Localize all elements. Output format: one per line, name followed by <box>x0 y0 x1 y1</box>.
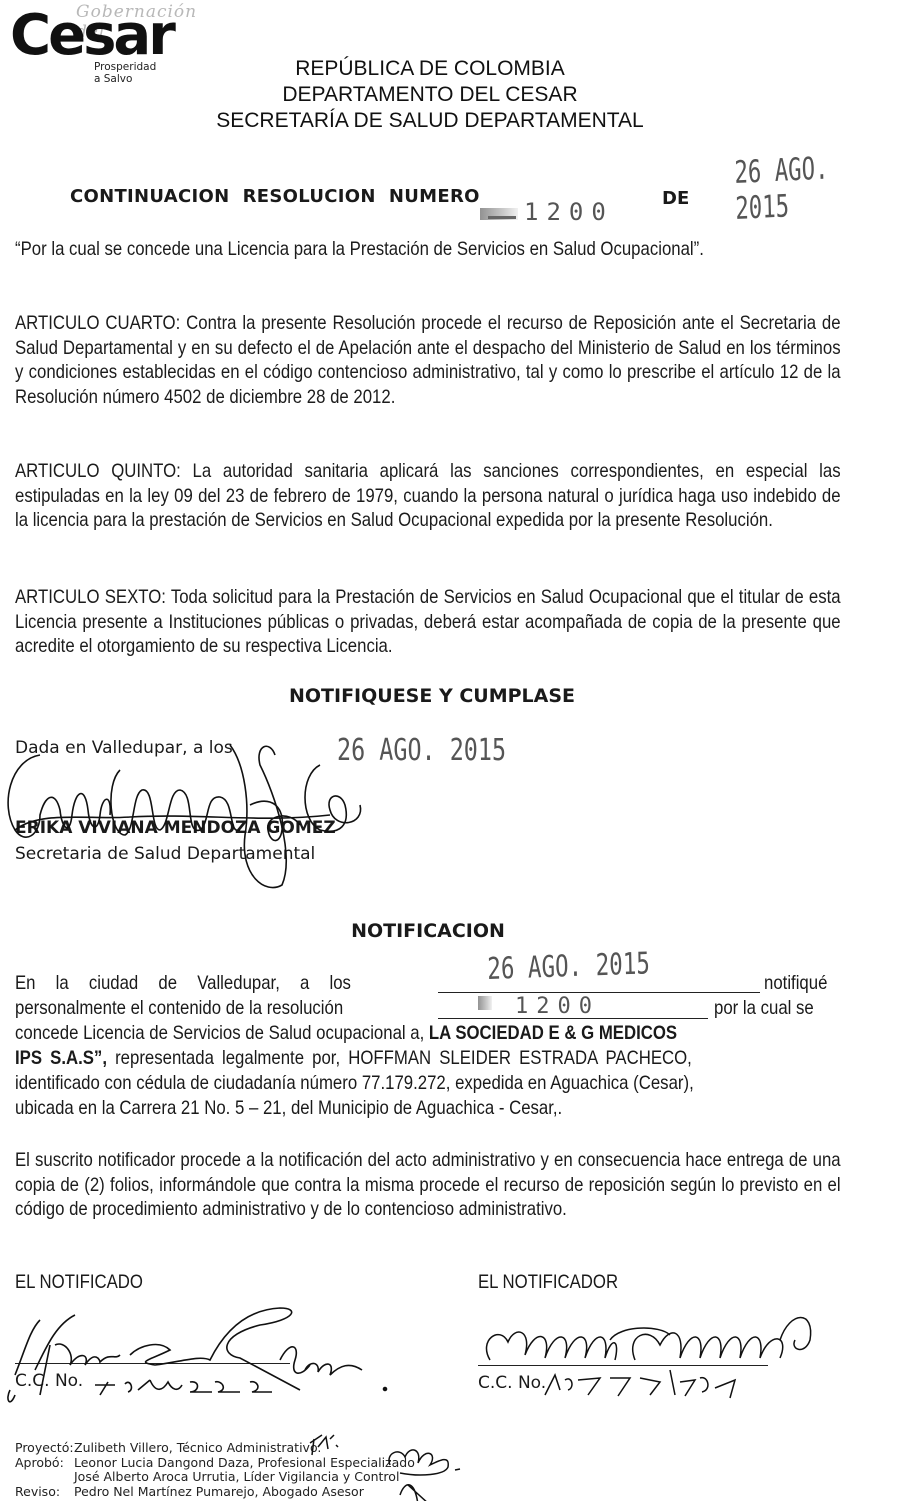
notified-signature <box>0 1300 420 1410</box>
notification-line2-start: personalmente el contenido de la resoluc… <box>15 997 343 1020</box>
notification-line1-end: notifiqué <box>764 972 827 995</box>
article-sexto: ARTICULO SEXTO: Toda solicitud para la P… <box>15 585 841 659</box>
notified-label: EL NOTIFICADO <box>15 1271 143 1294</box>
article-quinto: ARTICULO QUINTO: La autoridad sanitaria … <box>15 459 841 533</box>
notification-date-blank <box>438 992 760 993</box>
notification-line6: ubicada en la Carrera 21 No. 5 – 21, del… <box>15 1097 562 1120</box>
notification-line4: IPS S.A.S”, representada legalmente por,… <box>15 1047 692 1070</box>
header-line-department: DEPARTAMENTO DEL CESAR <box>150 82 710 108</box>
company-name: LA SOCIEDAD E & G MEDICOS <box>429 1022 677 1044</box>
logo-tagline: Prosperidad a Salvo <box>94 61 156 85</box>
article-cuarto: ARTICULO CUARTO: Contra la presente Reso… <box>15 311 841 409</box>
company-suffix: IPS S.A.S”, <box>15 1047 107 1069</box>
header-line-country: REPÚBLICA DE COLOMBIA <box>150 56 710 82</box>
notification-resolution-stamp: 1200 <box>515 994 600 1019</box>
secretary-signature <box>0 735 380 895</box>
notification-stamp-smudge <box>478 996 492 1010</box>
resolution-title: CONTINUACION RESOLUCION NUMERO <box>70 186 480 207</box>
notification-delivery: El suscrito notificador procede a la not… <box>15 1148 841 1222</box>
stamp-dash <box>488 216 516 219</box>
notifier-signature <box>460 1300 820 1410</box>
notifier-label: EL NOTIFICADOR <box>478 1271 618 1294</box>
resolution-subject: “Por la cual se concede una Licencia par… <box>15 237 841 262</box>
header-line-secretariat: SECRETARÍA DE SALUD DEPARTAMENTAL <box>150 108 710 134</box>
resolution-date-stamp: 26 AGO. 2015 <box>734 149 855 227</box>
notification-line2-end: por la cual se <box>714 997 814 1020</box>
de-label: DE <box>662 188 689 209</box>
notification-line5: identificado con cédula de ciudadanía nú… <box>15 1072 694 1095</box>
notification-line1-start: En la ciudad de Valledupar, a los <box>15 972 351 994</box>
initials-scribble <box>300 1425 480 1501</box>
document-header: REPÚBLICA DE COLOMBIA DEPARTAMENTO DEL C… <box>150 56 710 134</box>
logo-name: Cesar <box>10 8 173 64</box>
closing-heading: NOTIFIQUESE Y CUMPLASE <box>0 685 864 707</box>
resolution-number-stamp: 1200 <box>524 198 614 226</box>
notification-heading: NOTIFICACION <box>0 920 856 942</box>
notification-line3: concede Licencia de Servicios de Salud o… <box>15 1022 677 1045</box>
